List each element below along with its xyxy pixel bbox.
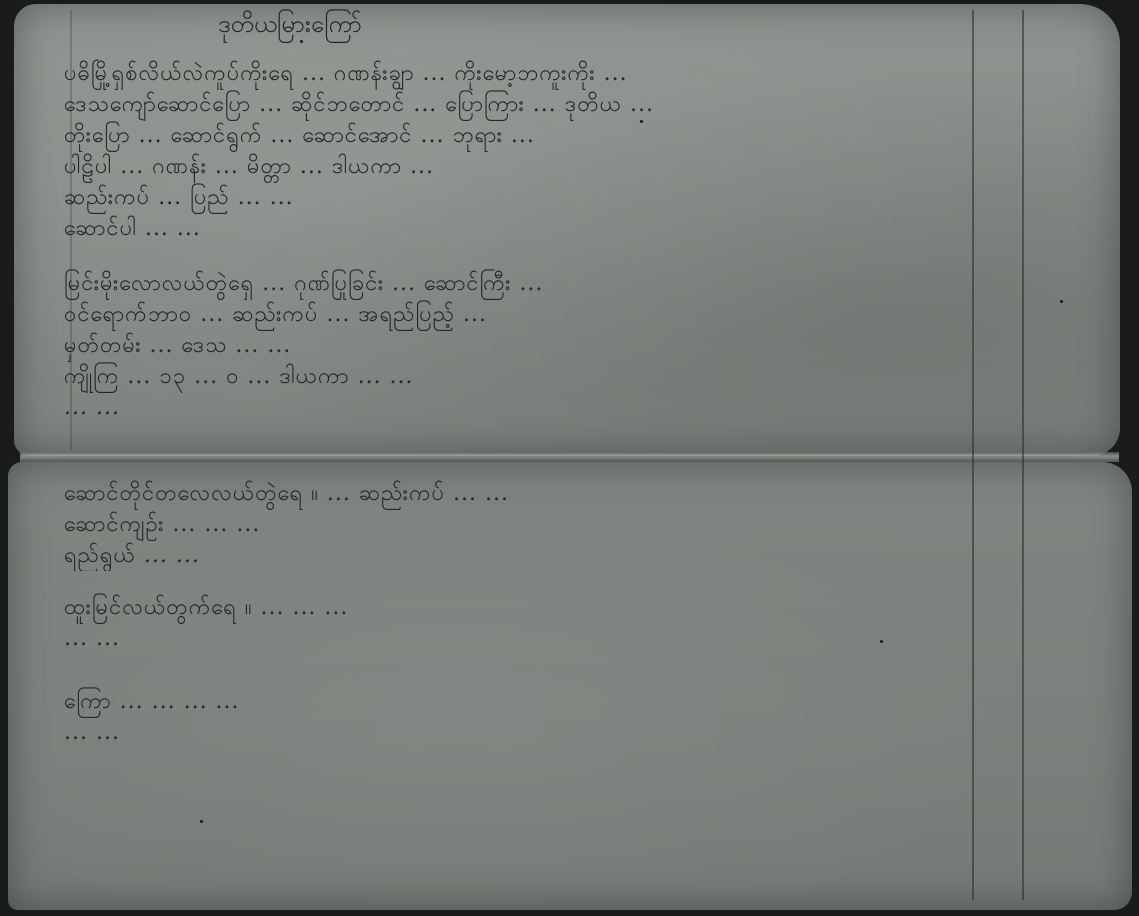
- text-line: ဝင်ရောက်ဘာဝ ... ဆည်းကပ် ... အရည်ပြည့် ..…: [64, 299, 1094, 330]
- text-line: ပါဠိပါ ... ဂဏန်း ... မိတ္တာ ... ဒါယကာ ..…: [64, 151, 964, 182]
- ruled-margin-line: [972, 10, 974, 900]
- paragraph-5: ကြော ... ... ... ... ... ...: [64, 686, 964, 748]
- text-line: ကျိုကြ ... ၁၃ ... ဝ ... ဒါယကာ ... ...: [64, 361, 1094, 392]
- paragraph-3: ဆောင်တိုင်တလေလယ်တွဲရေ ။ ... ဆည်းကပ် ... …: [64, 478, 964, 571]
- text-line: မှတ်တမ်း ... ဒေသ ... ...: [64, 330, 1094, 361]
- text-line: ဒေသကျော်ဆောင်ပြော ... ဆိုင်ဘတောင် ... ပြ…: [64, 89, 964, 120]
- text-line: ရည်ရွယ် ... ...: [64, 540, 964, 571]
- text-line: ကြော ... ... ... ...: [64, 686, 964, 717]
- text-line: မြင်းမိုးလောလယ်တွဲရှေ ... ဂုဏ်ပြုခြင်း .…: [64, 268, 1094, 299]
- photo-background: ဒုတိယမြားကြော် ပဓိမြို့ရှစ်လိယ်လဲကူပ်ကို…: [0, 0, 1139, 916]
- paragraph-4: ထူးမြင်လယ်တွက်ရေ ။ ... ... ... ... ...: [64, 592, 964, 654]
- paper-speck: [300, 40, 303, 43]
- text-line: ဆောင်ကျဉ်း ... ... ...: [64, 509, 964, 540]
- paper-speck: [880, 640, 883, 643]
- text-line: ... ...: [64, 623, 964, 654]
- manuscript-heading: ဒုတိယမြားကြော်: [218, 8, 362, 44]
- text-line: ပဓိမြို့ရှစ်လိယ်လဲကူပ်ကိုးရေ ... ဂဏန်းချ…: [64, 58, 964, 89]
- paragraph-2: မြင်းမိုးလောလယ်တွဲရှေ ... ဂုဏ်ပြုခြင်း .…: [64, 268, 1094, 423]
- paper-speck: [1060, 300, 1063, 303]
- text-line: ... ...: [64, 392, 1094, 423]
- text-line: တိုးပြော ... ဆောင်ရွက် ... ဆောင်အောင် ..…: [64, 120, 964, 151]
- page-fold: [20, 452, 1119, 462]
- paper-speck: [200, 820, 203, 823]
- ruled-margin-line: [1022, 10, 1024, 900]
- text-line: ဆောင်တိုင်တလေလယ်တွဲရေ ။ ... ဆည်းကပ် ... …: [64, 478, 964, 509]
- text-line: ထူးမြင်လယ်တွက်ရေ ။ ... ... ...: [64, 592, 964, 623]
- paragraph-1: ပဓိမြို့ရှစ်လိယ်လဲကူပ်ကိုးရေ ... ဂဏန်းချ…: [64, 58, 964, 244]
- text-line: ဆည်းကပ် ... ပြည် ... ...: [64, 182, 964, 213]
- text-line: ... ...: [64, 717, 964, 748]
- text-line: ဆောင်ပါ ... ...: [64, 213, 964, 244]
- paper-speck: [640, 120, 643, 123]
